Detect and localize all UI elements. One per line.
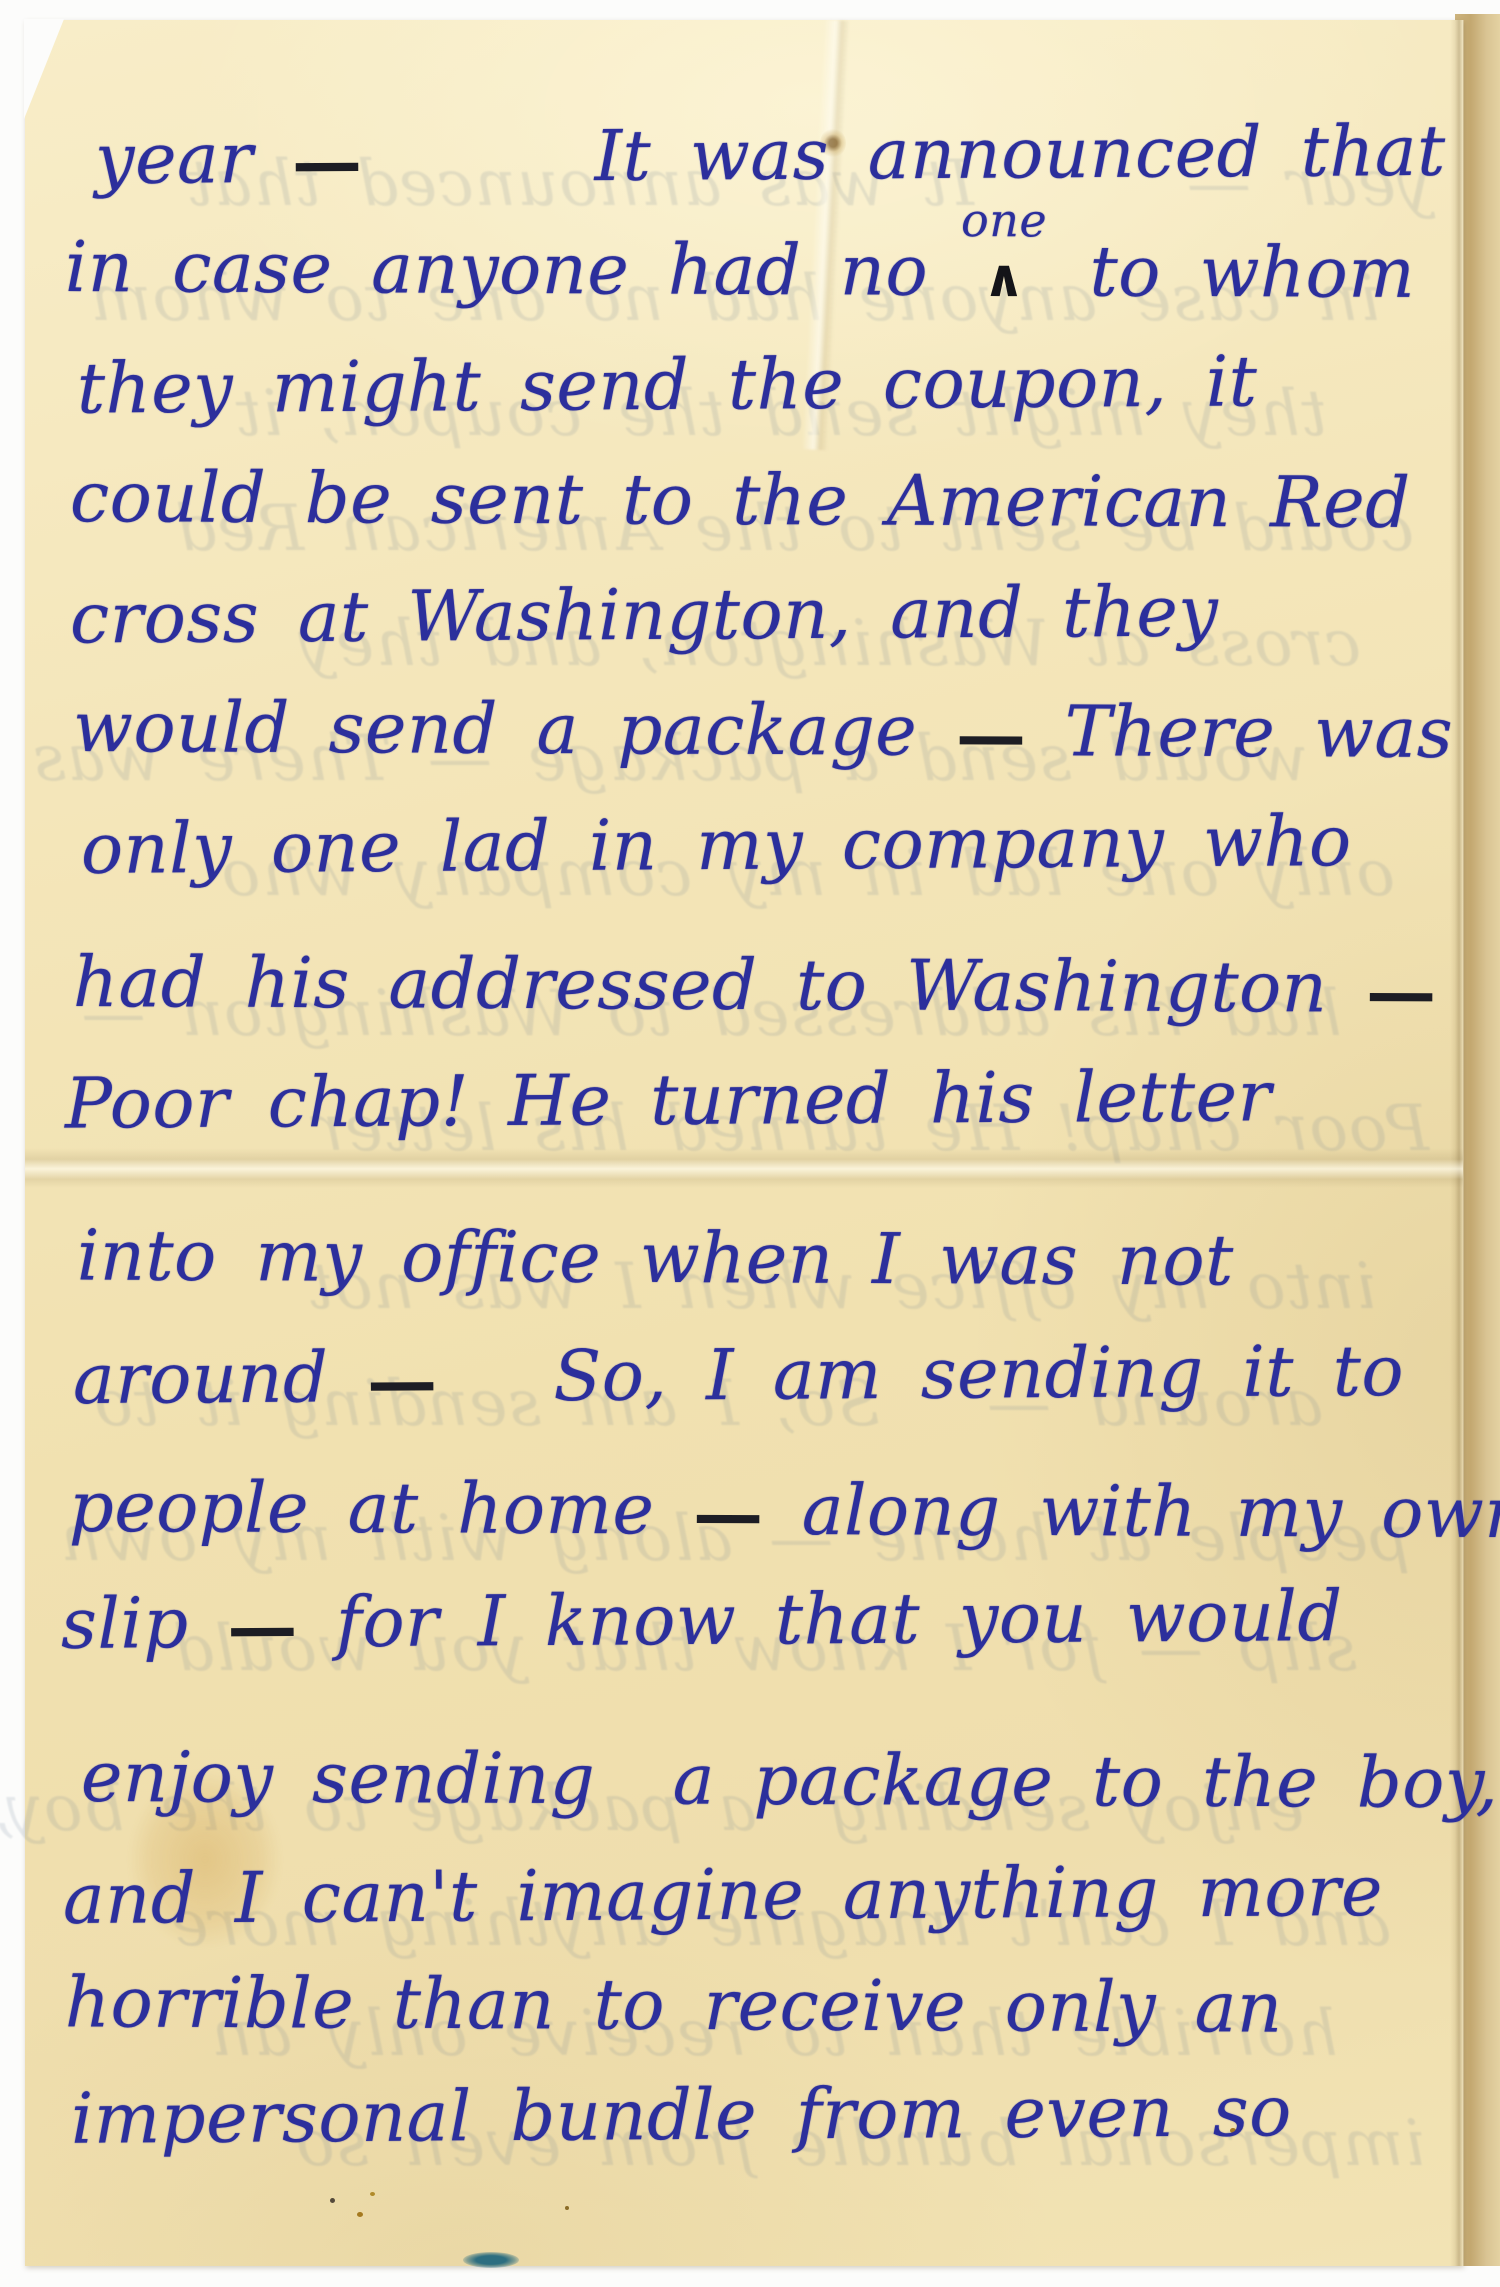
- letter-line: they might send the coupon, it: [77, 331, 1258, 438]
- letter-line: would send a package — There was: [73, 677, 1454, 783]
- letter-line: cross at Washington, and they: [70, 561, 1219, 668]
- letter-line: horrible than to receive only an: [65, 1952, 1283, 2057]
- dash-stroke: —: [956, 693, 1026, 776]
- insertion: one∧: [967, 285, 1051, 295]
- caret-mark: ∧: [983, 229, 1026, 329]
- dash-stroke: —: [1366, 950, 1436, 1033]
- letter-line: Poor chap! He turned his letter: [65, 1046, 1272, 1153]
- letter-line: year — It was announced that: [95, 101, 1446, 209]
- letter-line: could be sent to the American Red: [70, 447, 1411, 553]
- letter-line: around — So, I am sending it to: [73, 1321, 1405, 1429]
- letter-line: people at home — along with my own: [69, 1457, 1500, 1563]
- letter-line: had his addressed to Washington —: [73, 932, 1437, 1038]
- letter-line: impersonal bundle from even so: [71, 2061, 1292, 2168]
- dash-stroke: —: [367, 1339, 438, 1422]
- scanned-letter: year — It was announced thatin case anyo…: [0, 0, 1500, 2287]
- letter-page: year — It was announced thatin case anyo…: [25, 20, 1463, 2266]
- letter-line: and I can't imagine anything more: [63, 1841, 1383, 1949]
- dash-stroke: —: [292, 119, 363, 202]
- dash-stroke: —: [227, 1584, 298, 1667]
- handwriting-layer: year — It was announced thatin case anyo…: [25, 20, 1463, 2266]
- letter-line: into my office when I was not: [77, 1205, 1234, 1310]
- dash-stroke: —: [693, 1472, 763, 1555]
- letter-line: enjoy sending a package to the boy,: [81, 1727, 1499, 1833]
- letter-line: only one lad in my company who: [81, 791, 1352, 899]
- letter-line: in case anyone had no one∧ to whom: [65, 217, 1416, 323]
- letter-line: slip — for I know that you would: [61, 1566, 1343, 1674]
